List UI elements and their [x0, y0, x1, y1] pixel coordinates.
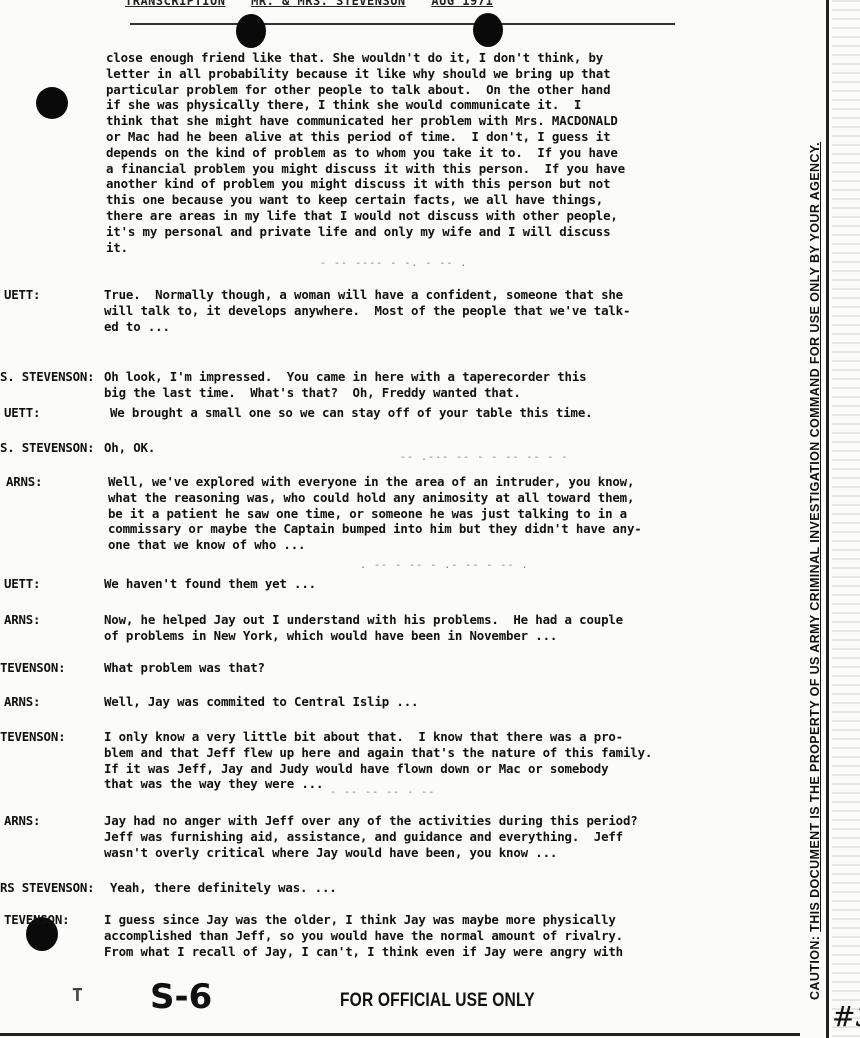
speaker-label: ARNS: — [6, 474, 42, 489]
punch-hole-left — [36, 87, 68, 119]
caution-label: CAUTION: — [808, 936, 822, 1000]
continuation-paragraph: close enough friend like that. She would… — [106, 50, 625, 255]
punch-hole-top-right — [473, 13, 503, 47]
speaker-label: UETT: — [4, 576, 40, 591]
speaker-label: UETT: — [4, 405, 40, 420]
header-title: TRANSCRIPTION — [125, 0, 225, 8]
header-rule — [130, 23, 675, 25]
speaker-label: RS STEVENSON: — [0, 880, 94, 895]
speaker-label: ARNS: — [4, 694, 40, 709]
speaker-label: TEVENSON: — [4, 912, 69, 927]
exchange-text: Well, Jay was commited to Central Islip … — [104, 694, 418, 710]
exchange-text: We haven't found them yet ... — [104, 576, 316, 592]
header-date: AUG 1971 — [431, 0, 493, 8]
official-use-notice: FOR OFFICIAL USE ONLY — [340, 990, 535, 1012]
side-caution-notice: CAUTION: THIS DOCUMENT IS THE PROPERTY O… — [808, 0, 822, 1000]
scan-noise: . -- - -- - .- -- - -- . — [360, 560, 529, 571]
footer-fragment: T — [72, 985, 83, 1006]
speaker-label: TEVENSON: — [0, 660, 65, 675]
exchange-text: Oh look, I'm impressed. You came in here… — [104, 369, 586, 401]
speaker-label: ARNS: — [4, 612, 40, 627]
exchange-text: Now, he helped Jay out I understand with… — [104, 612, 623, 644]
speaker-label: UETT: — [4, 287, 40, 302]
scan-noise: - -- ---- - -. - -- . — [320, 258, 467, 269]
document-header: TRANSCRIPTION MR. & MRS. STEVENSON AUG 1… — [125, 0, 685, 12]
exchange-text: I only know a very little bit about that… — [104, 729, 652, 792]
exchange-text: Jay had no anger with Jeff over any of t… — [104, 813, 638, 860]
scan-noise: - -- -- -- - -- — [330, 787, 435, 798]
bottom-rule — [0, 1033, 800, 1036]
caution-text: THIS DOCUMENT IS THE PROPERTY OF US ARMY… — [808, 142, 822, 932]
speaker-label: TEVENSON: — [0, 729, 65, 744]
exchange-text: What problem was that? — [104, 660, 265, 676]
page-number: #3 — [832, 1000, 860, 1033]
speaker-label: S. STEVENSON: — [0, 369, 94, 384]
side-rule — [826, 0, 829, 1038]
speaker-label: S. STEVENSON: — [0, 440, 94, 455]
header-subject: MR. & MRS. STEVENSON — [251, 0, 406, 8]
punch-hole-top-left — [236, 14, 266, 48]
exchange-text: We brought a small one so we can stay of… — [110, 405, 592, 421]
side-speckle — [832, 0, 860, 1038]
exchange-text: Yeah, there definitely was. ... — [110, 880, 337, 896]
exchange-text: True. Normally though, a woman will have… — [104, 287, 630, 334]
scan-noise: -- .--- -- - - -- -- - - — [400, 452, 569, 463]
exchange-text: Oh, OK. — [104, 440, 155, 456]
exchange-text: I guess since Jay was the older, I think… — [104, 912, 623, 959]
document-page: TRANSCRIPTION MR. & MRS. STEVENSON AUG 1… — [0, 0, 860, 1038]
speaker-label: ARNS: — [4, 813, 40, 828]
exchange-text: Well, we've explored with everyone in th… — [108, 474, 642, 553]
exhibit-stamp: S-6 — [150, 977, 212, 1017]
